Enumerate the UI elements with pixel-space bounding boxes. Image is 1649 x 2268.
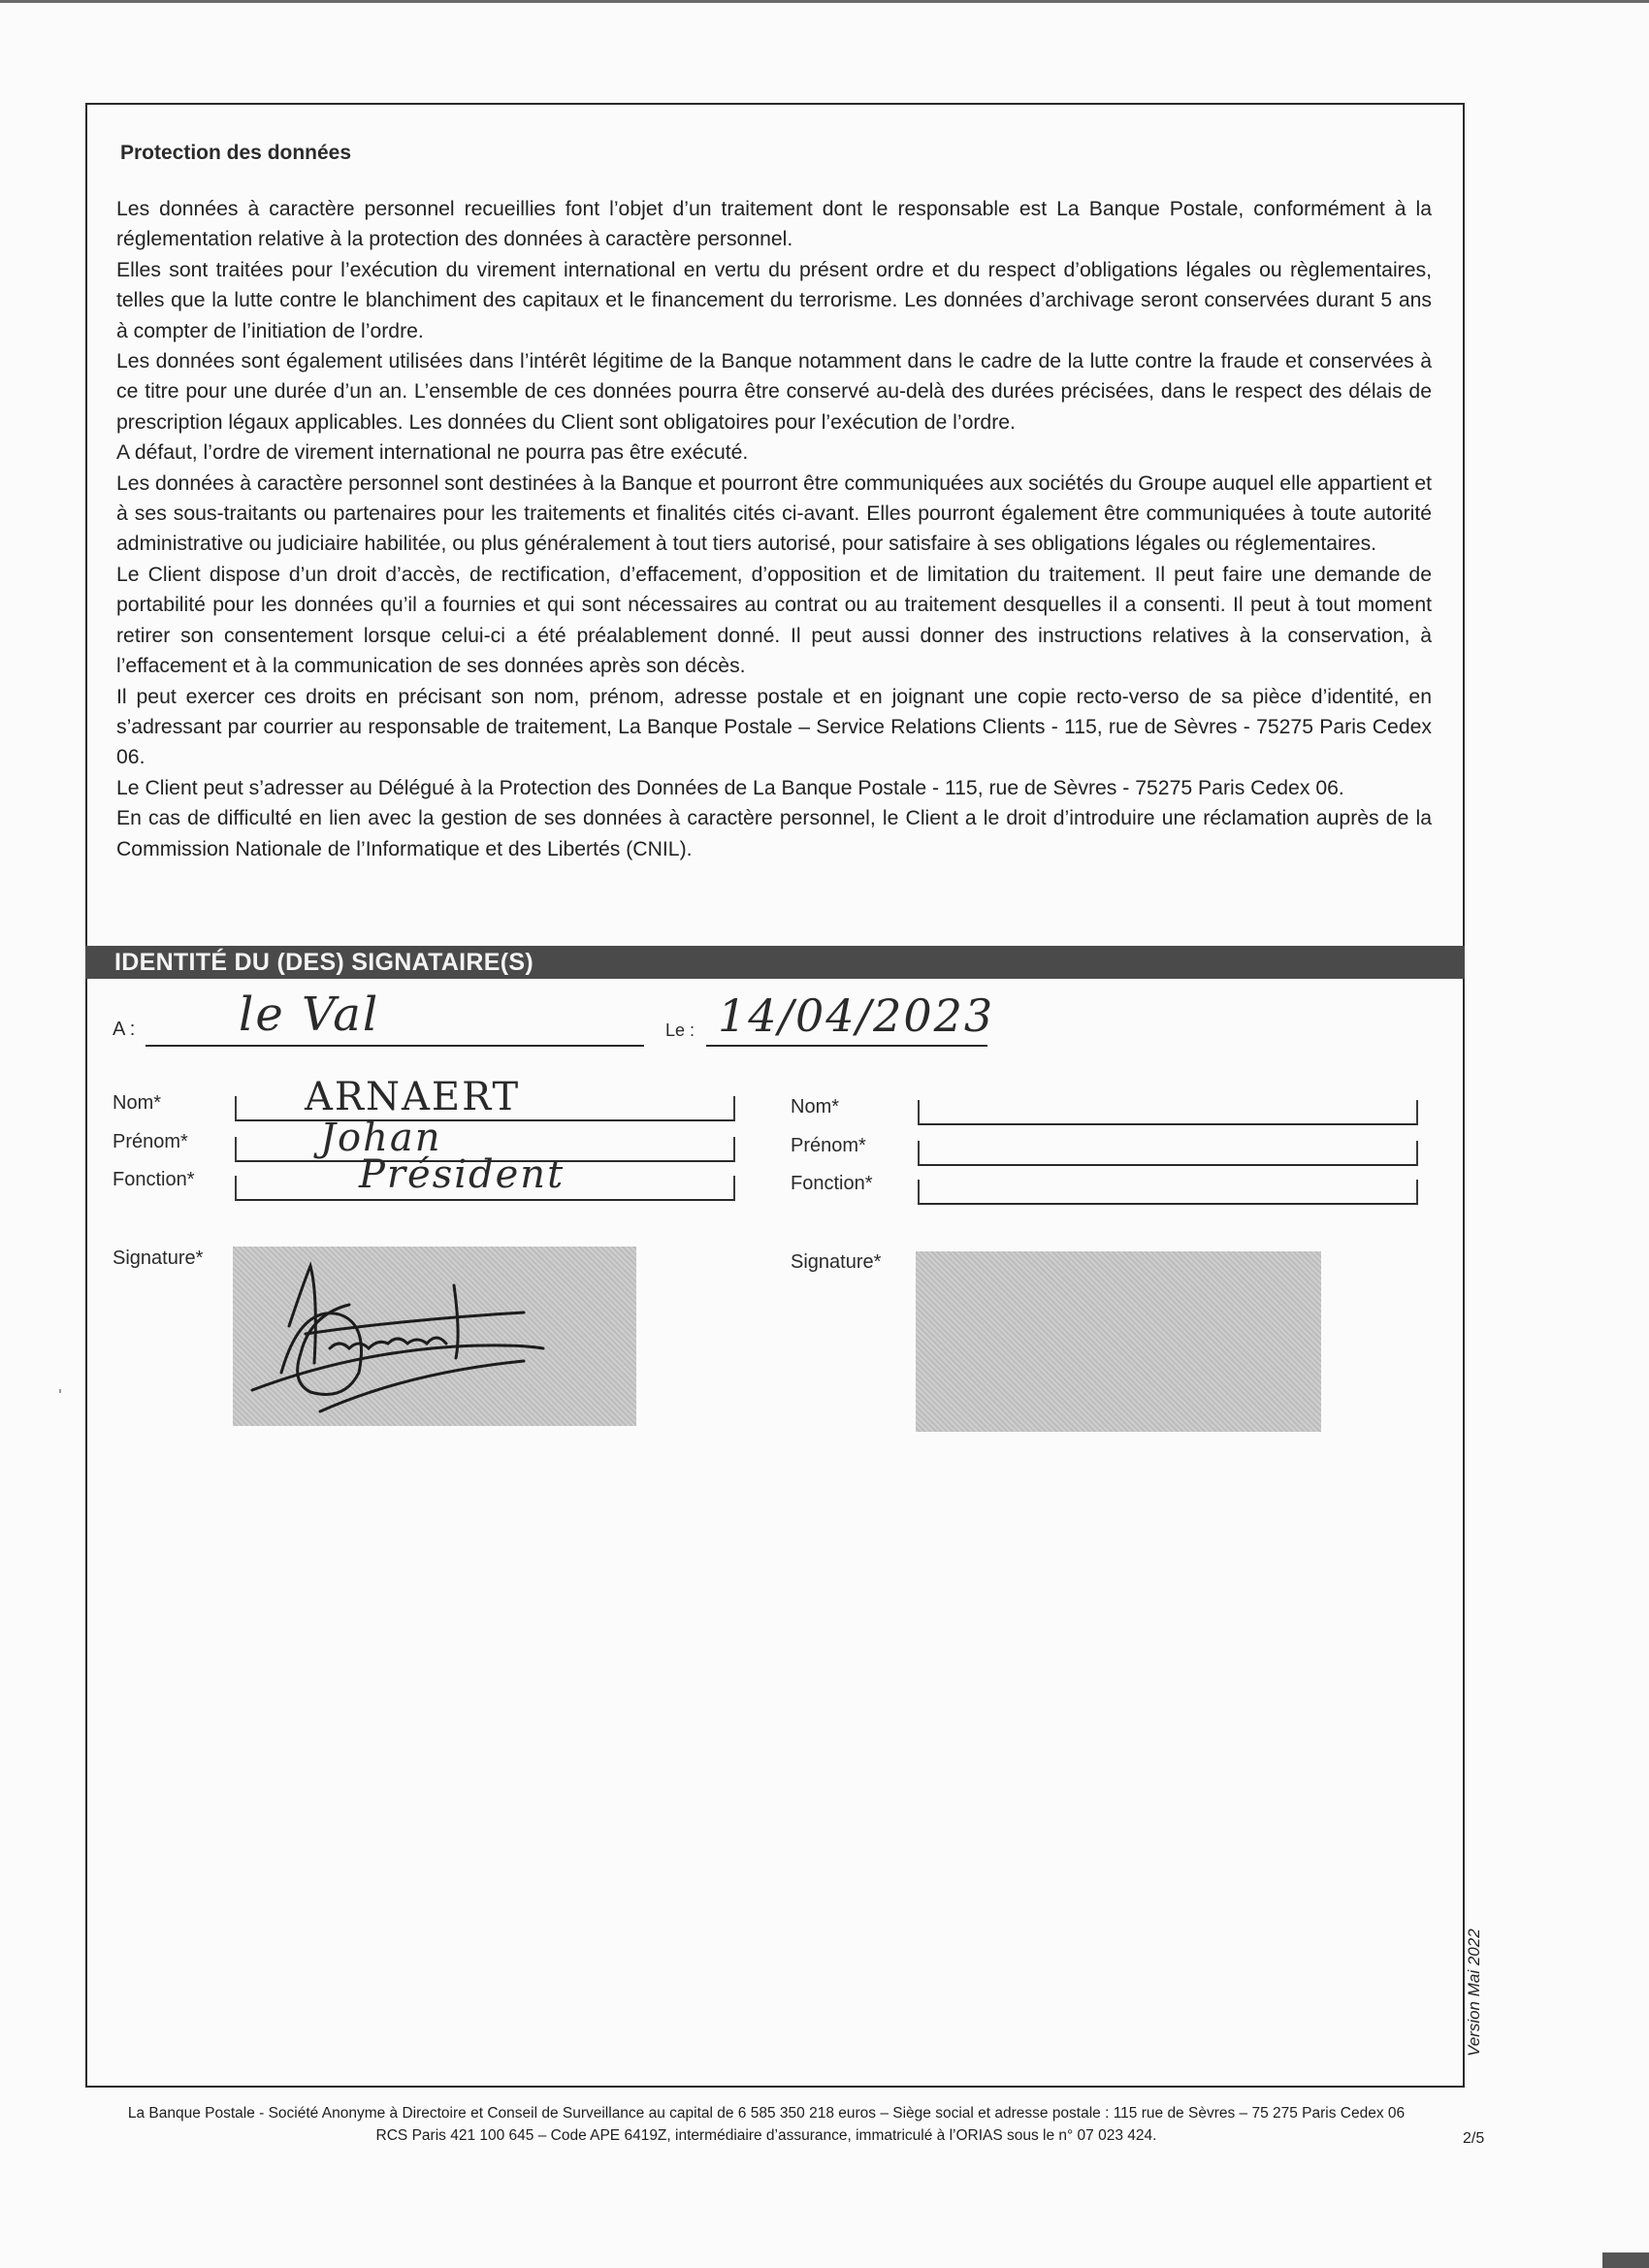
paragraph: Il peut exercer ces droits en précisant … xyxy=(116,682,1432,773)
date-field[interactable] xyxy=(706,1045,987,1047)
scan-artifact xyxy=(1602,2252,1649,2268)
paragraph: Les données à caractère personnel recuei… xyxy=(116,194,1432,255)
right-nom-field[interactable] xyxy=(918,1100,1418,1125)
version-label: Version Mai 2022 xyxy=(1465,1928,1484,2057)
left-nom-label: Nom* xyxy=(113,1092,161,1115)
legal-footer: La Banque Postale - Société Anonyme à Di… xyxy=(97,2102,1436,2147)
paragraph: Les données sont également utilisées dan… xyxy=(116,346,1432,437)
place-label: A : xyxy=(113,1019,135,1041)
right-prenom-field[interactable] xyxy=(918,1141,1418,1166)
paragraph: Le Client peut s’adresser au Délégué à l… xyxy=(116,773,1432,803)
right-fonction-field[interactable] xyxy=(918,1180,1418,1205)
date-label: Le : xyxy=(665,1021,695,1041)
scan-speck xyxy=(59,1389,61,1393)
paragraph: Le Client dispose d’un droit d’accès, de… xyxy=(116,560,1432,682)
paragraph: En cas de difficulté en lien avec la ges… xyxy=(116,803,1432,864)
right-signature-box[interactable] xyxy=(916,1251,1321,1432)
right-fonction-label: Fonction* xyxy=(791,1173,873,1195)
paragraph: Les données à caractère personnel sont d… xyxy=(116,469,1432,560)
left-nom-value: ARNAERT xyxy=(305,1075,520,1119)
footer-line-2: RCS Paris 421 100 645 – Code APE 6419Z, … xyxy=(97,2124,1436,2147)
page-number: 2/5 xyxy=(1463,2130,1484,2148)
scan-top-edge xyxy=(0,0,1649,3)
paragraph: Elles sont traitées pour l’exécution du … xyxy=(116,255,1432,346)
right-nom-label: Nom* xyxy=(791,1096,839,1118)
place-field[interactable] xyxy=(145,1045,644,1047)
left-fonction-label: Fonction* xyxy=(113,1169,195,1191)
right-signature-label: Signature* xyxy=(791,1251,881,1274)
place-value: le Val xyxy=(239,988,379,1042)
date-value: 14/04/2023 xyxy=(718,989,994,1042)
section-title: Protection des données xyxy=(120,142,351,165)
paragraph: A défaut, l’ordre de virement internatio… xyxy=(116,437,1432,468)
left-prenom-label: Prénom* xyxy=(113,1131,188,1153)
left-fonction-value: Président xyxy=(359,1152,565,1197)
signatories-section-header: IDENTITÉ DU (DES) SIGNATAIRE(S) xyxy=(85,946,1465,979)
left-signature-label: Signature* xyxy=(113,1247,203,1270)
data-protection-text: Les données à caractère personnel recuei… xyxy=(116,194,1432,864)
footer-line-1: La Banque Postale - Société Anonyme à Di… xyxy=(97,2102,1436,2124)
handwritten-signature-icon xyxy=(233,1247,636,1426)
right-prenom-label: Prénom* xyxy=(791,1135,866,1157)
left-signature-box[interactable] xyxy=(233,1247,636,1426)
